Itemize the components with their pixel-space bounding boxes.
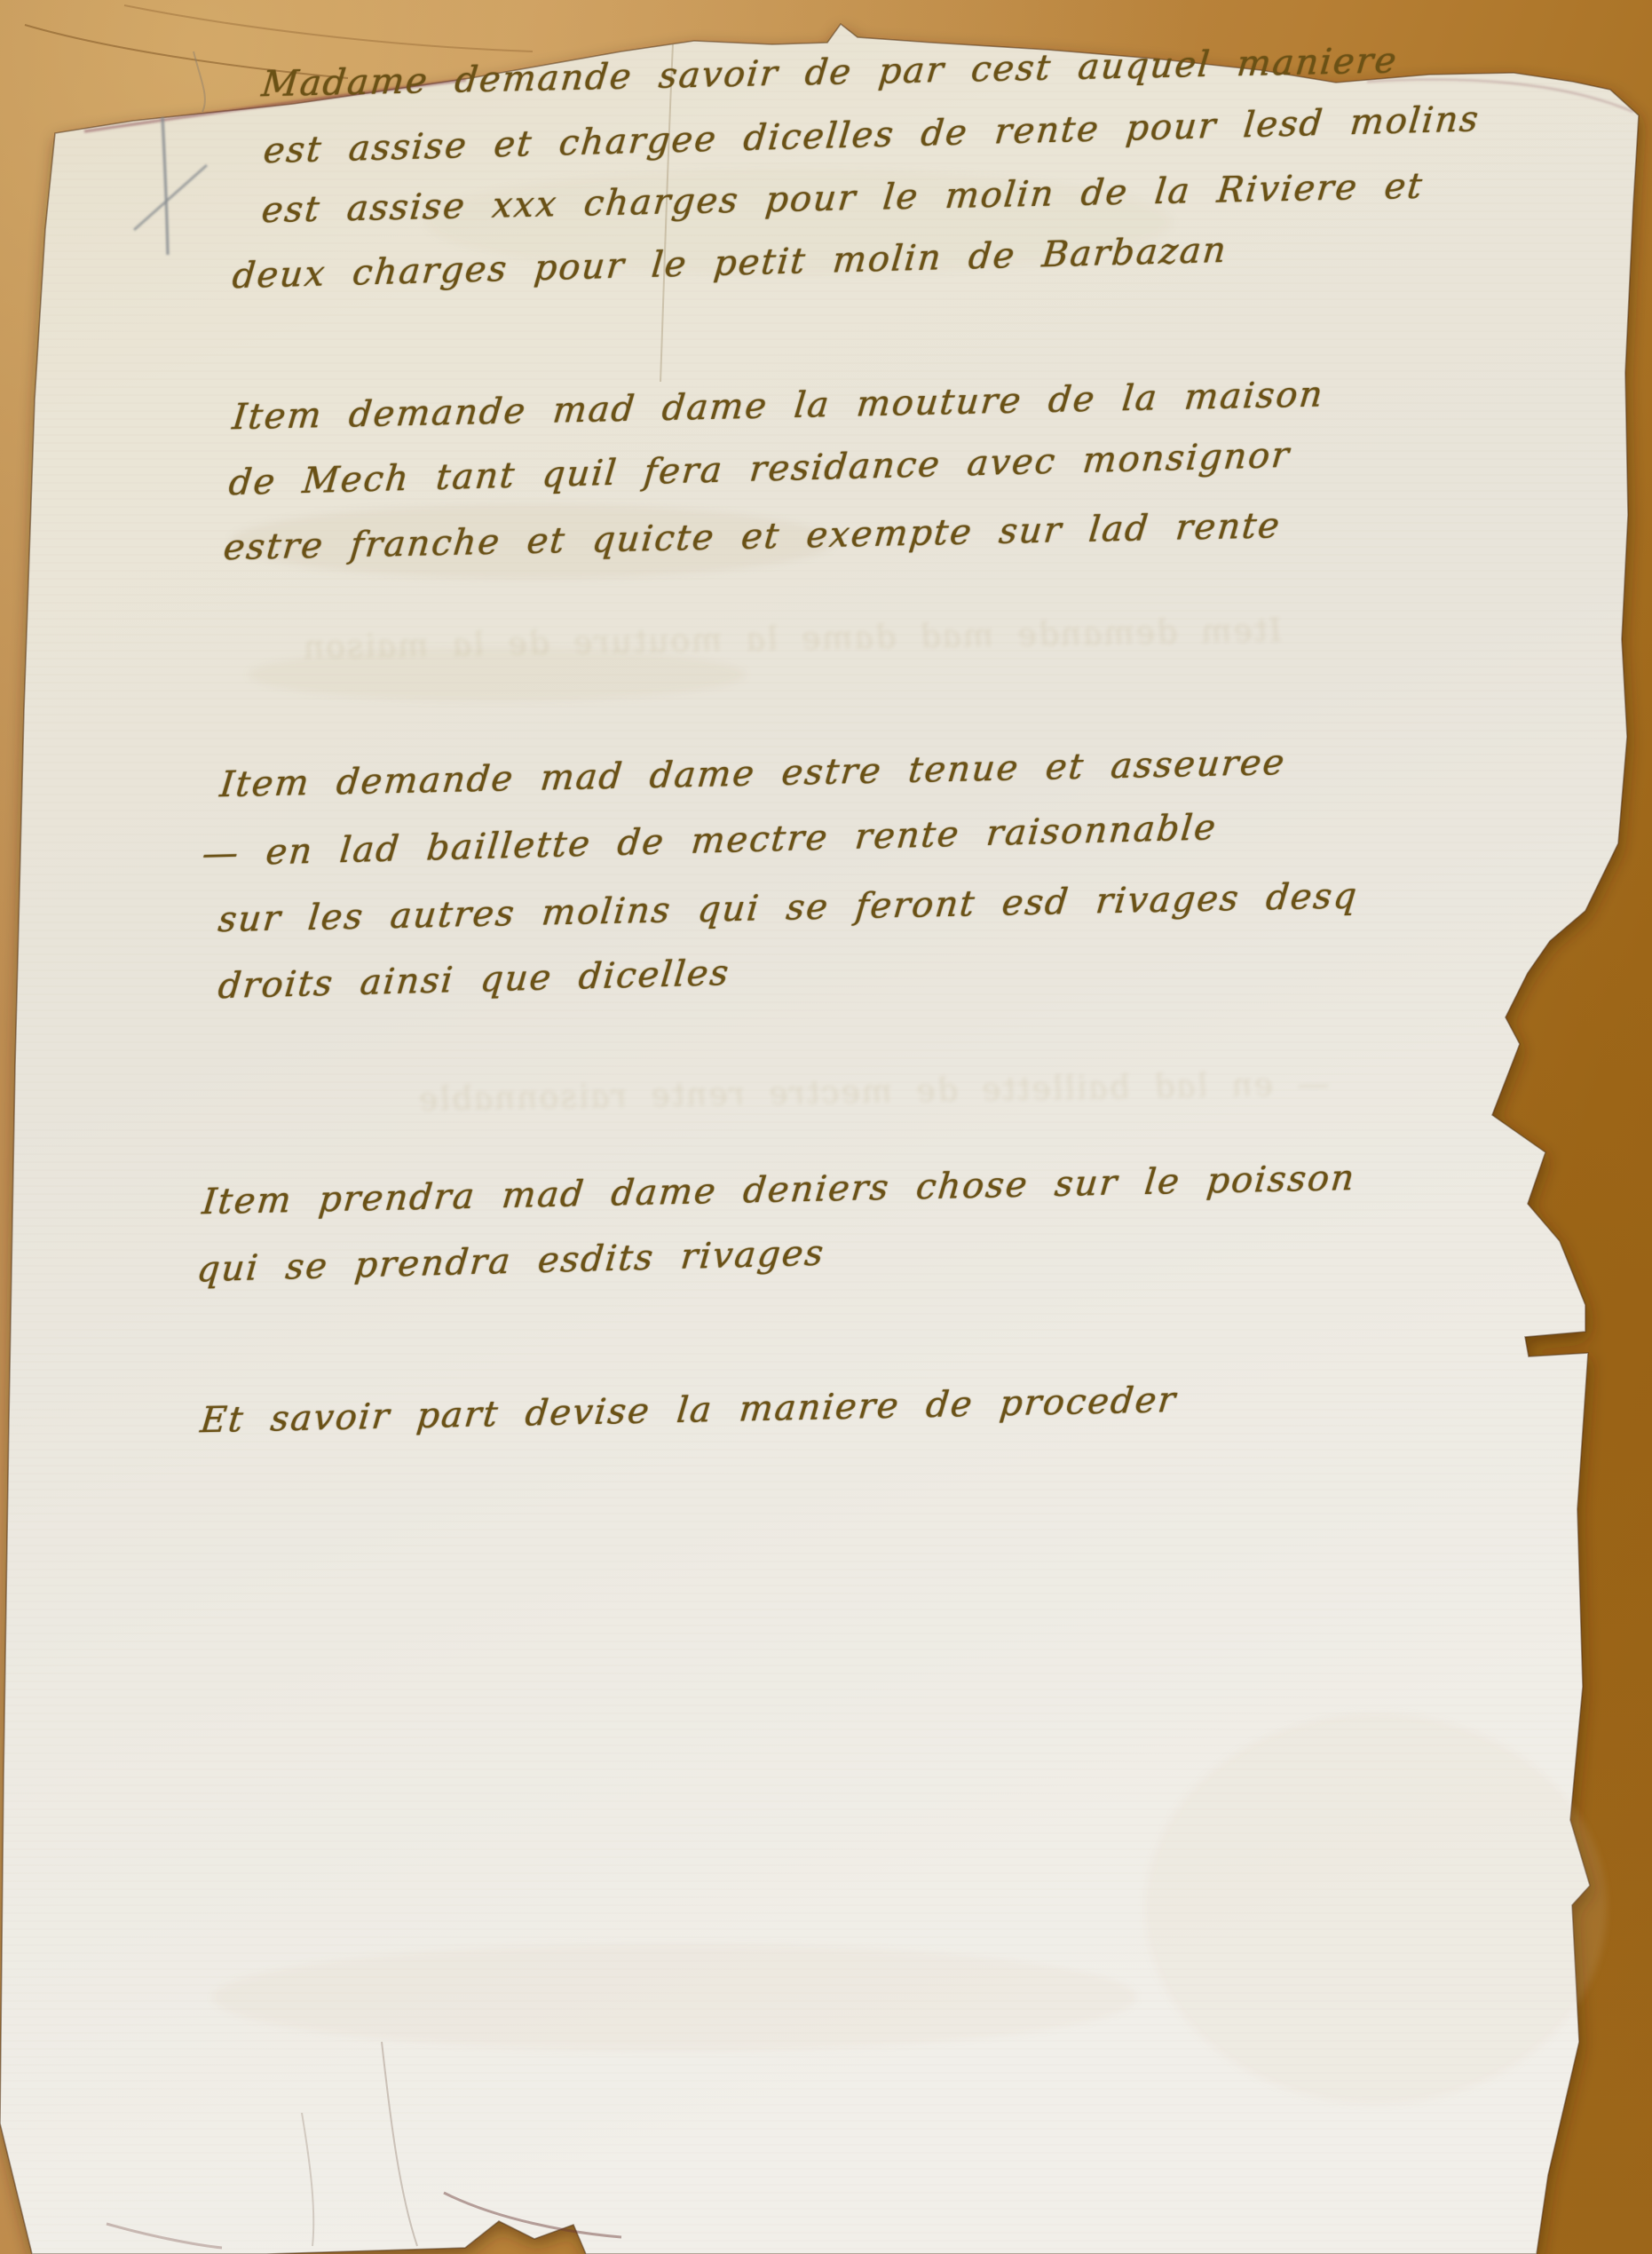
manuscript-photo: Item demande mad dame la mouture de la m… (0, 0, 1652, 2254)
handwritten-line: est assise xxx charges pour le molin de … (260, 166, 1426, 232)
handwritten-line: de Mech tant quil fera residance avec mo… (227, 435, 1292, 503)
handwriting-layer: Item demande mad dame la mouture de la m… (0, 0, 1652, 2254)
handwritten-line: qui se prendra esdits rivages (195, 1232, 827, 1290)
handwritten-line: Et savoir part devise la maniere de proc… (199, 1380, 1179, 1441)
handwritten-line: Item demande mad dame la mouture de la m… (231, 374, 1326, 438)
handwritten-line: est assise et chargee dicelles de rente … (262, 99, 1482, 171)
handwritten-line: Item prendra mad dame deniers chose sur … (201, 1158, 1358, 1222)
handwritten-line: sur les autres molins qui se feront esd … (217, 875, 1360, 940)
show-through-text: — en lad baillette de mectre rente raiso… (415, 1066, 1332, 1119)
handwritten-line: droits ainsi que dicelles (217, 953, 732, 1007)
handwritten-line: Item demande mad dame estre tenue et ass… (218, 742, 1288, 805)
handwritten-line: estre franche et quicte et exempte sur l… (222, 505, 1284, 568)
show-through-text: Item demande mad dame la mouture de la m… (300, 613, 1284, 666)
handwritten-line: Madame demande savoir de par cest auquel… (260, 40, 1400, 105)
handwritten-line: deux charges pour le petit molin de Barb… (231, 230, 1229, 297)
handwritten-line: — en lad baillette de mectre rente raiso… (201, 807, 1219, 874)
